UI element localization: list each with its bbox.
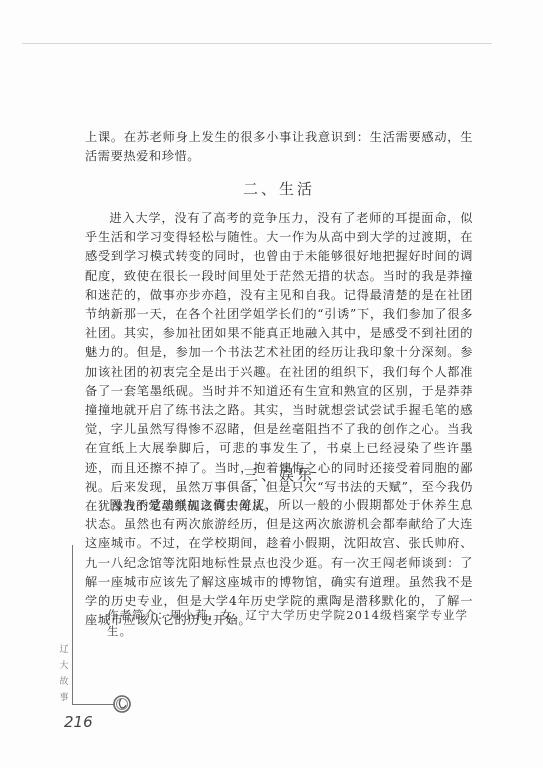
- intro-paragraph: 上课。在苏老师身上发生的很多小事让我意识到：生活需要感动，生活需要热爱和珍惜。: [85, 128, 473, 166]
- running-title-char: 大: [58, 658, 70, 674]
- margin-horizontal-rule: [72, 704, 114, 705]
- running-title-char: 故: [58, 674, 70, 690]
- running-title-char: 事: [58, 690, 70, 706]
- running-title-vertical: 辽 大 故 事: [58, 642, 70, 706]
- intro-paragraph-block: 上课。在苏老师身上发生的很多小事让我意识到：生活需要感动，生活需要热爱和珍惜。: [85, 128, 473, 166]
- running-title-char: 辽: [58, 642, 70, 658]
- circle-ornament-icon: [113, 695, 131, 713]
- section-heading-life: 二、生活: [85, 178, 473, 199]
- page-number: 216: [64, 713, 93, 731]
- margin-vertical-rule: [72, 545, 73, 705]
- section-heading-entertainment: 三、娱乐: [85, 464, 473, 485]
- header-rule: [22, 43, 492, 44]
- author-bio: 作者简介：周小莉，女，辽宁大学历史学院2014级档案学专业学生。: [107, 607, 487, 639]
